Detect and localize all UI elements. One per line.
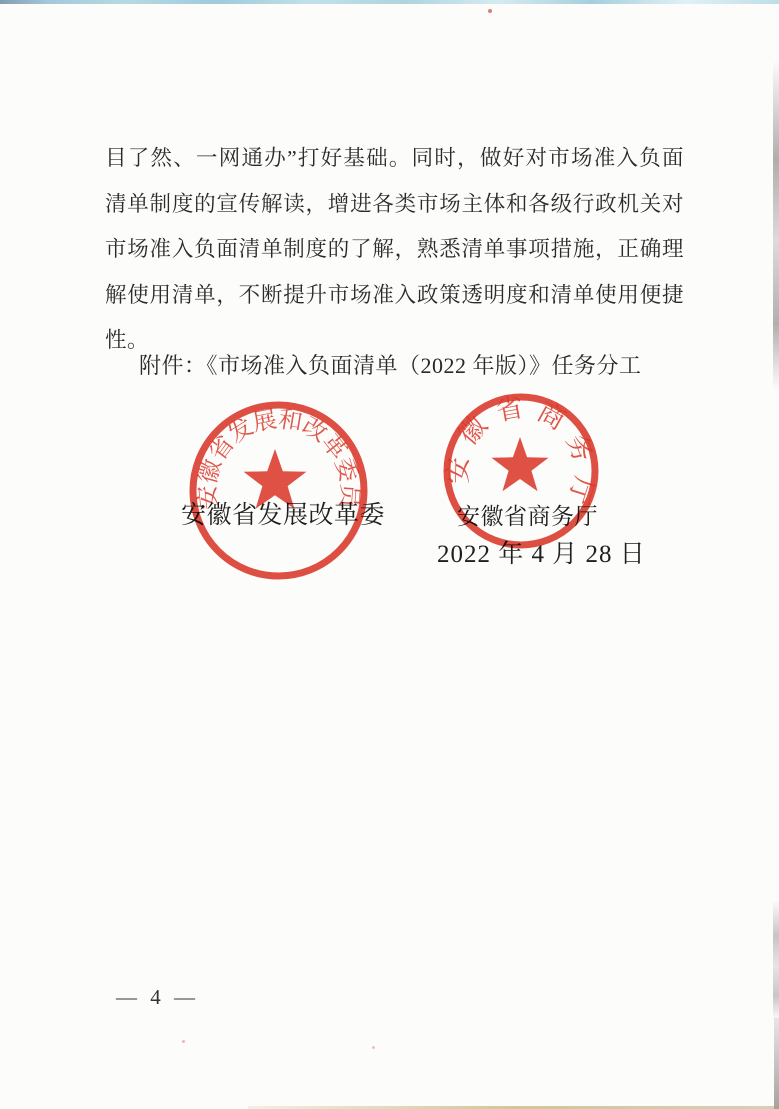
scan-speck-red bbox=[488, 9, 492, 13]
seal-ring bbox=[193, 405, 364, 576]
svg-text:安徽省商务厅: 安徽省商务厅 bbox=[443, 392, 600, 508]
seal-ring-text-right: 安徽省商务厅 bbox=[443, 392, 600, 508]
scan-speck-red bbox=[372, 1046, 375, 1049]
body-paragraph: 目了然、一网通办”打好基础。同时，做好对市场准入负面清单制度的宣传解读，增进各类… bbox=[105, 136, 684, 364]
document-page: 目了然、一网通办”打好基础。同时，做好对市场准入负面清单制度的宣传解读，增进各类… bbox=[0, 0, 779, 1109]
scan-speck-red bbox=[182, 1040, 185, 1043]
scan-edge-artifact-right bbox=[773, 60, 779, 390]
official-seal-left: 安徽省发展和改革委员会 bbox=[186, 398, 371, 583]
scan-edge-artifact-right bbox=[773, 900, 779, 1020]
agency-name-right: 安徽省商务厅 bbox=[457, 498, 598, 531]
agency-name-left: 安徽省发展改革委 bbox=[181, 495, 385, 531]
scan-edge-artifact-right-dark bbox=[774, 1018, 779, 1109]
scan-edge-artifact-top bbox=[0, 0, 779, 4]
signature-date: 2022 年 4 月 28 日 bbox=[437, 534, 646, 570]
page-number: — 4 — bbox=[116, 985, 199, 1010]
star-icon bbox=[492, 437, 549, 491]
seal-ring-text-left: 安徽省发展和改革委员会 bbox=[186, 398, 362, 510]
attachment-line: 附件：《市场准入负面清单（2022 年版）》任务分工 bbox=[139, 349, 642, 380]
svg-text:安徽省发展和改革委员会: 安徽省发展和改革委员会 bbox=[186, 398, 362, 510]
